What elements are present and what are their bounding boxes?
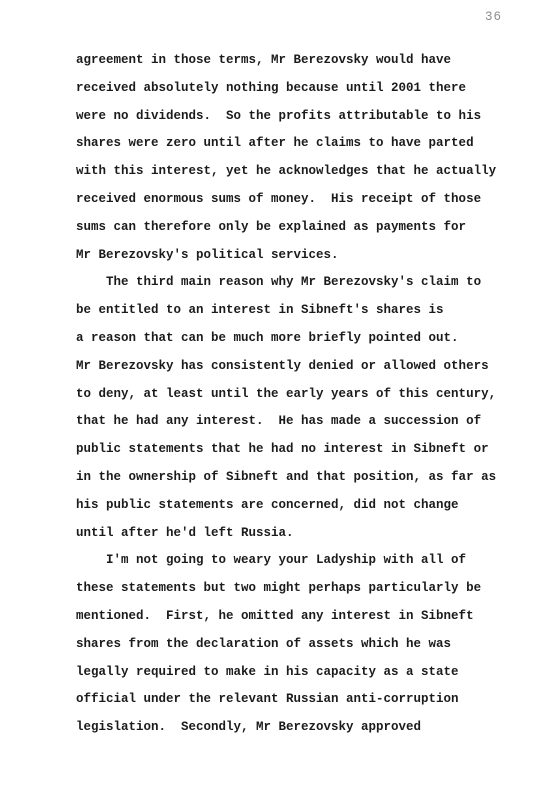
text-line: until after he'd left Russia.: [76, 520, 546, 548]
text-line: shares were zero until after he claims t…: [76, 130, 546, 158]
text-line: Mr Berezovsky has consistently denied or…: [76, 353, 546, 381]
text-line: in the ownership of Sibneft and that pos…: [76, 464, 546, 492]
text-line: were no dividends. So the profits attrib…: [76, 103, 546, 131]
text-line: with this interest, yet he acknowledges …: [76, 158, 546, 186]
text-line: agreement in those terms, Mr Berezovsky …: [76, 47, 546, 75]
text-line: be entitled to an interest in Sibneft's …: [76, 297, 546, 325]
page-number: 36: [485, 10, 502, 24]
text-line: received absolutely nothing because unti…: [76, 75, 546, 103]
text-line: received enormous sums of money. His rec…: [76, 186, 546, 214]
text-line: these statements but two might perhaps p…: [76, 575, 546, 603]
text-line: Mr Berezovsky's political services.: [76, 242, 546, 270]
text-line: public statements that he had no interes…: [76, 436, 546, 464]
text-line: mentioned. First, he omitted any interes…: [76, 603, 546, 631]
text-line: I'm not going to weary your Ladyship wit…: [76, 547, 546, 575]
text-line: legally required to make in his capacity…: [76, 659, 546, 687]
text-line: official under the relevant Russian anti…: [76, 686, 546, 714]
text-line: The third main reason why Mr Berezovsky'…: [76, 269, 546, 297]
text-line: shares from the declaration of assets wh…: [76, 631, 546, 659]
transcript-text-block: agreement in those terms, Mr Berezovsky …: [76, 47, 546, 742]
text-line: sums can therefore only be explained as …: [76, 214, 546, 242]
text-line: to deny, at least until the early years …: [76, 381, 546, 409]
text-line: that he had any interest. He has made a …: [76, 408, 546, 436]
text-line: his public statements are concerned, did…: [76, 492, 546, 520]
text-line: a reason that can be much more briefly p…: [76, 325, 546, 353]
document-page: 36 agreement in those terms, Mr Berezovs…: [0, 0, 558, 789]
text-line: legislation. Secondly, Mr Berezovsky app…: [76, 714, 546, 742]
